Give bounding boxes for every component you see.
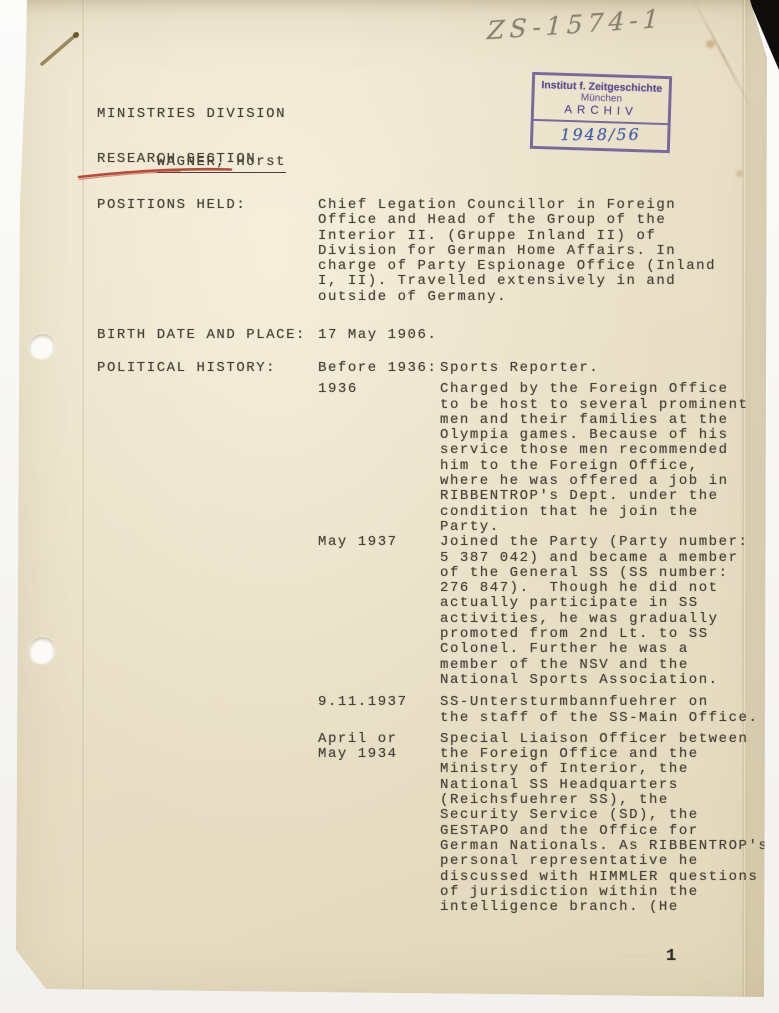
- scan-background: ZS-1574-1 Institut f. Zeitgeschichte Mün…: [0, 0, 779, 1013]
- org-division-line: MINISTRIES DIVISION: [97, 107, 286, 122]
- archive-stamp-text: Institut f. Zeitgeschichte München ARCHI…: [534, 75, 669, 123]
- field-value-birth-date: 17 May 1906.: [318, 328, 437, 343]
- political-history-entries: Before 1936: Sports Reporter. 1936 Charg…: [318, 361, 778, 915]
- field-value-positions-held: Chief Legation Councillor in Foreign Off…: [318, 198, 758, 305]
- document-page: ZS-1574-1 Institut f. Zeitgeschichte Mün…: [0, 0, 779, 1013]
- history-entry: 9.11.1937 SS-Untersturmbannfuehrer on th…: [318, 695, 778, 726]
- stamp-accession-number: 1948/56: [560, 124, 641, 143]
- history-entry-text: Charged by the Foreign Office to be host…: [440, 382, 774, 535]
- history-entry: 1936 Charged by the Foreign Office to be…: [318, 382, 778, 535]
- paper-stain: [736, 170, 743, 177]
- history-entry-date: April or May 1934: [318, 732, 440, 763]
- history-entry-date: 9.11.1937: [318, 695, 440, 710]
- archive-stamp: Institut f. Zeitgeschichte München ARCHI…: [530, 72, 672, 153]
- vertical-crease-left: [82, 0, 85, 1013]
- field-label-birth-date: BIRTH DATE AND PLACE:: [97, 328, 306, 343]
- history-entry-text: Joined the Party (Party number: 5 387 04…: [440, 535, 774, 688]
- history-entry: Before 1936: Sports Reporter.: [318, 361, 778, 376]
- punch-hole-top: [29, 334, 55, 359]
- field-label-political-history: POLITICAL HISTORY:: [97, 361, 276, 376]
- history-entry: May 1937 Joined the Party (Party number:…: [318, 535, 778, 688]
- field-label-positions-held: POSITIONS HELD:: [97, 198, 246, 213]
- paper-stain: [706, 40, 715, 48]
- history-entry-text: Sports Reporter.: [440, 361, 774, 376]
- punch-hole-bottom: [29, 637, 55, 664]
- history-entry-text: Special Liaison Officer between the Fore…: [440, 732, 774, 916]
- history-entry-date: May 1937: [318, 535, 440, 550]
- stamp-number-cell: 1948/56: [533, 118, 668, 149]
- red-pencil-underline: [76, 160, 241, 186]
- history-entry-text: SS-Untersturmbannfuehrer on the staff of…: [440, 695, 774, 726]
- rust-pin-mark: [36, 28, 86, 73]
- page-number: 1: [666, 947, 676, 966]
- history-entry-date: Before 1936:: [318, 361, 440, 376]
- history-entry-date: 1936: [318, 382, 440, 397]
- handwritten-archive-ref: ZS-1574-1: [487, 4, 664, 45]
- history-entry: April or May 1934 Special Liaison Office…: [318, 732, 778, 916]
